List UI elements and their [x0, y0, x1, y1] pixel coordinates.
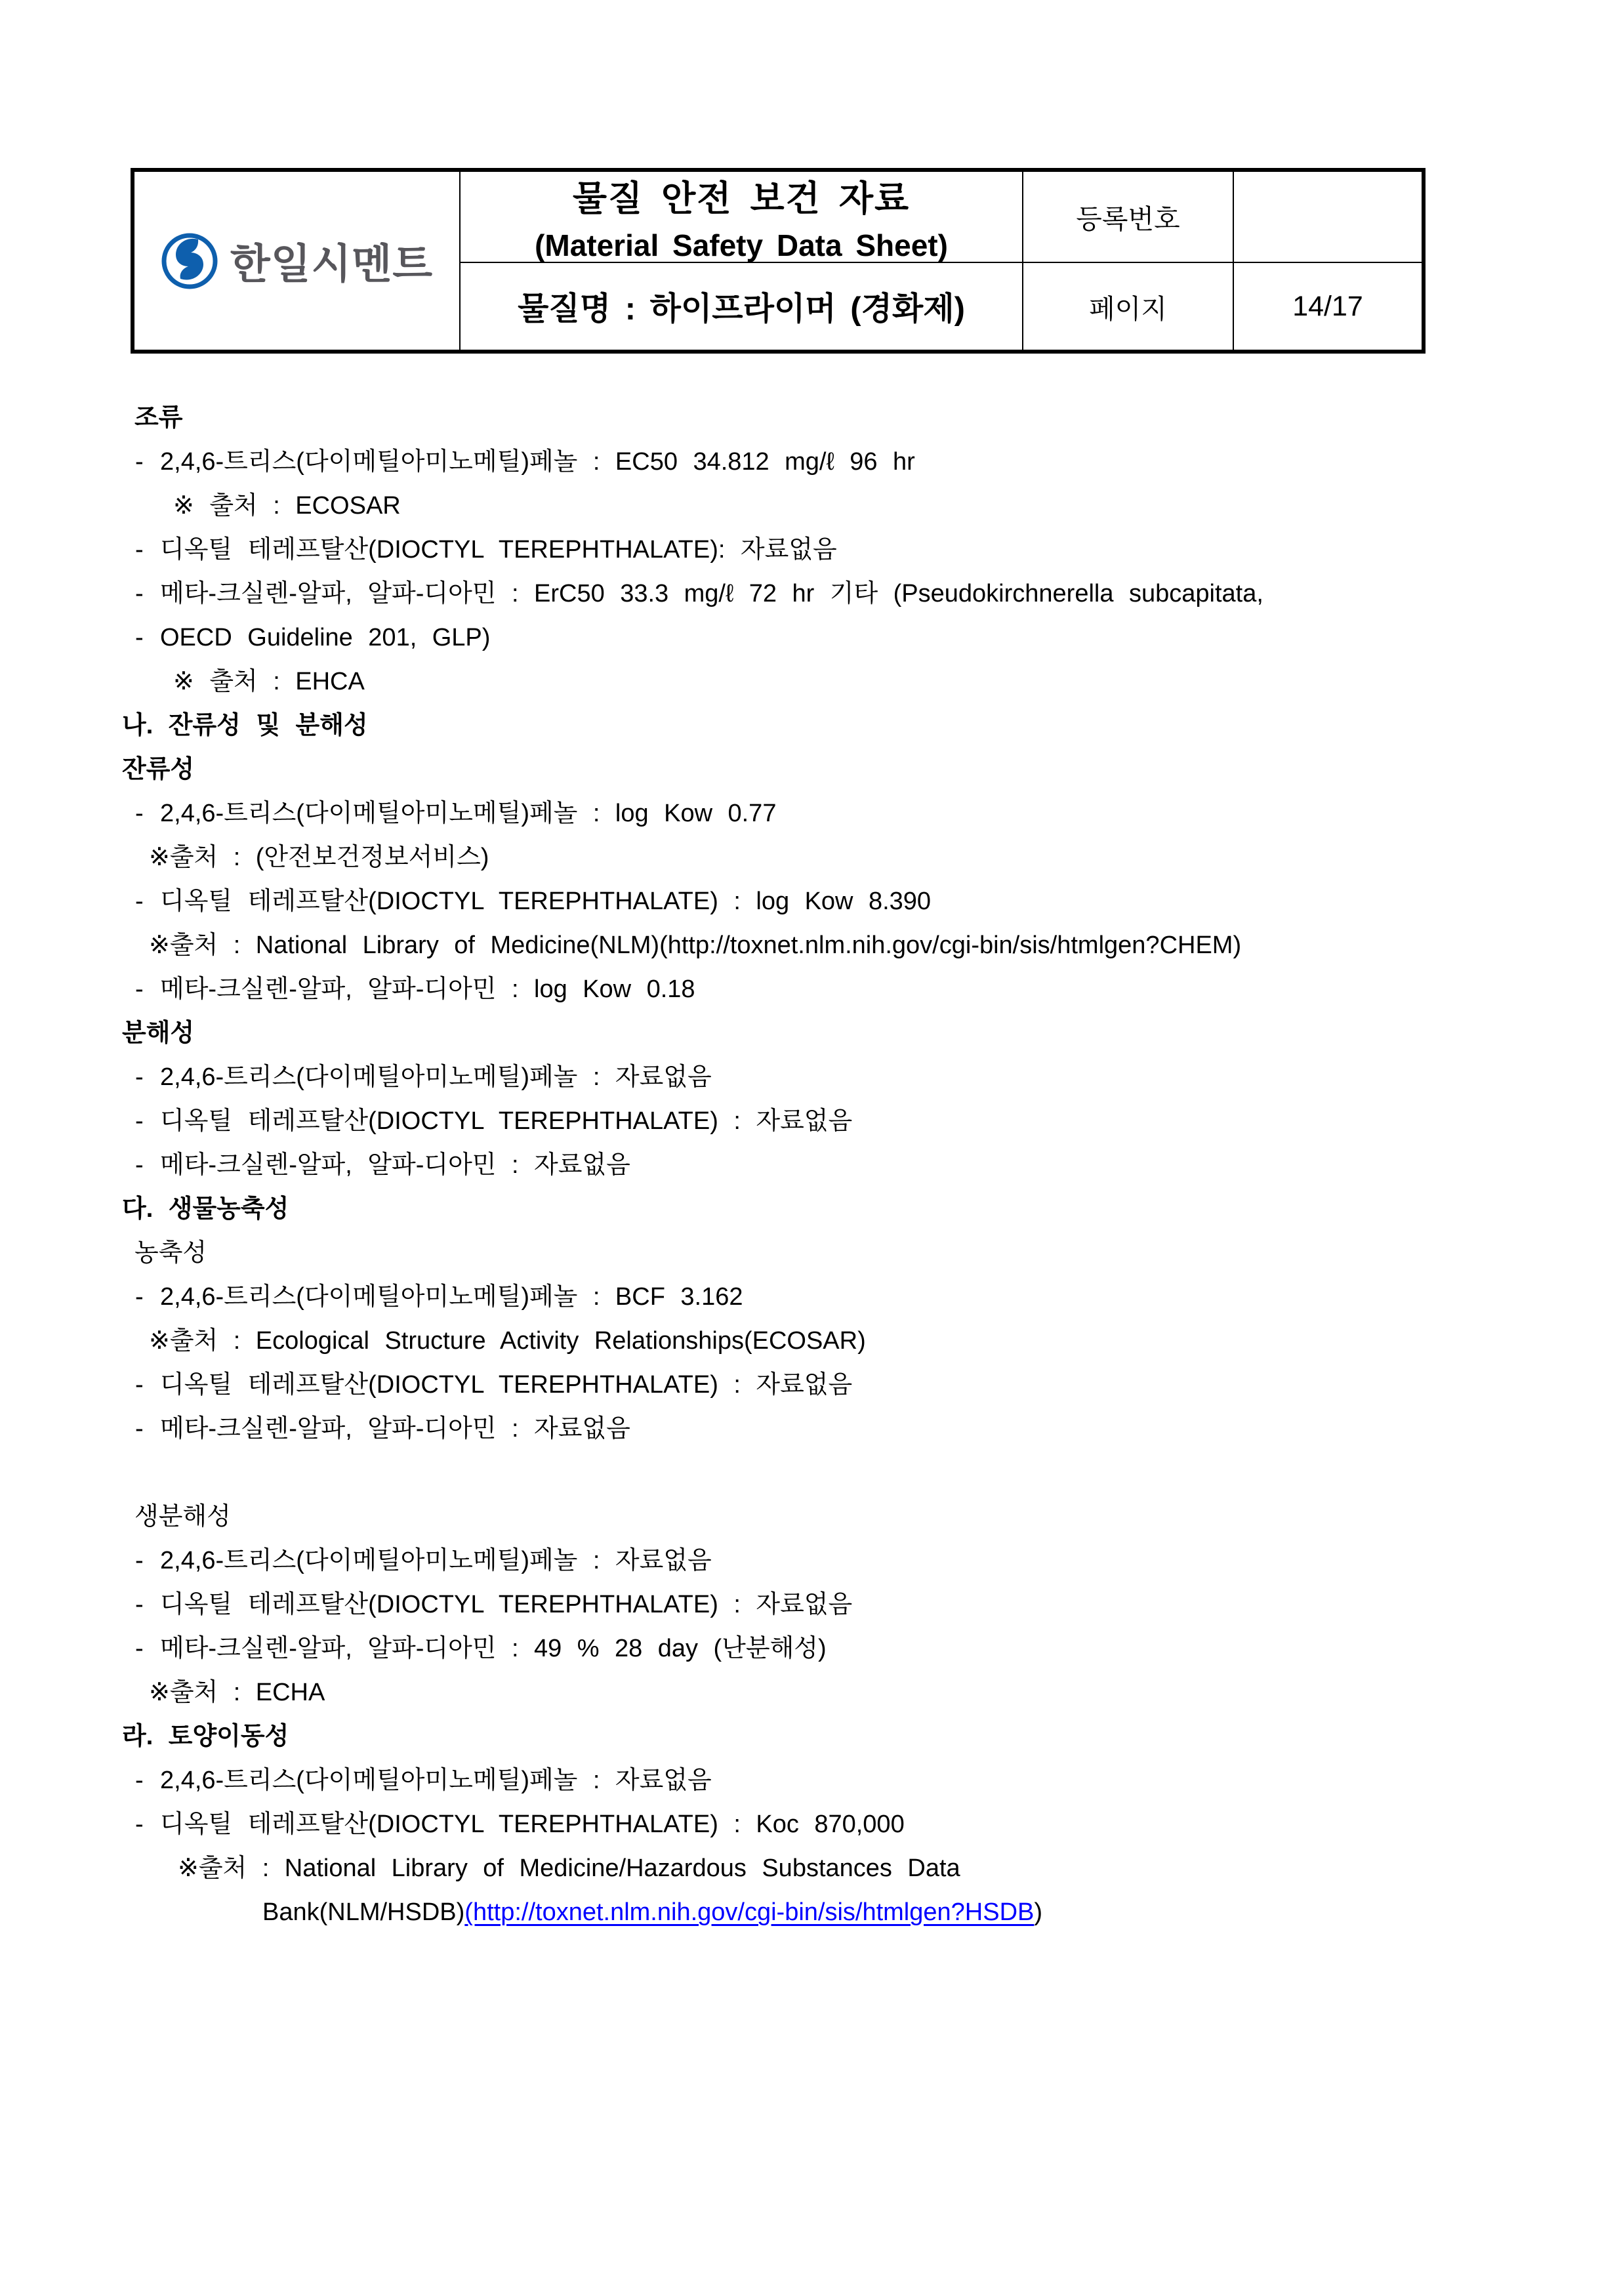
document-body: 조류-2,4,6-트리스(다이메틸아미노메틸)페놀 : EC50 34.812 …	[0, 396, 1621, 1935]
list-bullet: -	[135, 616, 160, 660]
header-table: 한일시멘트 물질 안전 보건 자료 (Material Safety Data …	[131, 168, 1426, 354]
list-item-text: 메타-크실렌-알파, 알파-디아민 : log Kow 0.18	[160, 975, 695, 1003]
registration-number-label: 등록번호	[1022, 172, 1233, 262]
list-item-text: 메타-크실렌-알파, 알파-디아민 : 49 % 28 day (난분해성)	[160, 1635, 827, 1662]
list-bullet: -	[135, 1056, 160, 1099]
list-bullet: -	[135, 572, 160, 616]
page-number: 14/17	[1233, 262, 1422, 350]
body-line: -2,4,6-트리스(다이메틸아미노메틸)페놀 : EC50 34.812 mg…	[0, 440, 1621, 484]
document-title-korean: 물질 안전 보건 자료	[573, 171, 910, 221]
body-line: ※ 출처 : ECOSAR	[0, 484, 1621, 528]
body-line: 라. 토양이동성	[0, 1715, 1621, 1759]
body-line: -디옥틸 테레프탈산(DIOCTYL TEREPHTHALATE) : log …	[0, 880, 1621, 924]
list-item-text: 디옥틸 테레프탈산(DIOCTYL TEREPHTHALATE): 자료없음	[160, 536, 837, 564]
list-bullet: -	[135, 792, 160, 836]
body-line: -2,4,6-트리스(다이메틸아미노메틸)페놀 : 자료없음	[0, 1539, 1621, 1583]
body-line: -2,4,6-트리스(다이메틸아미노메틸)페놀 : 자료없음	[0, 1759, 1621, 1803]
body-line: ※출처 : Ecological Structure Activity Rela…	[0, 1319, 1621, 1363]
list-bullet: -	[135, 1099, 160, 1143]
list-bullet: -	[135, 968, 160, 1012]
body-line: -메타-크실렌-알파, 알파-디아민 : 자료없음	[0, 1407, 1621, 1451]
list-item-text: 디옥틸 테레프탈산(DIOCTYL TEREPHTHALATE) : Koc 8…	[160, 1811, 905, 1838]
body-line: 잔류성	[0, 748, 1621, 792]
body-line: ※출처 : ECHA	[0, 1671, 1621, 1715]
body-line: -2,4,6-트리스(다이메틸아미노메틸)페놀 : BCF 3.162	[0, 1275, 1621, 1319]
list-item-text: OECD Guideline 201, GLP)	[160, 624, 490, 651]
page-label: 페이지	[1022, 262, 1233, 350]
list-bullet: -	[135, 528, 160, 572]
hsdb-link[interactable]: (http://toxnet.nlm.nih.gov/cgi-bin/sis/h…	[464, 1898, 1034, 1926]
body-line: ※출처 : (안전보건정보서비스)	[0, 836, 1621, 880]
body-line: 다. 생물농축성	[0, 1187, 1621, 1231]
list-item-text: 2,4,6-트리스(다이메틸아미노메틸)페놀 : 자료없음	[160, 1063, 712, 1091]
document-title-cell: 물질 안전 보건 자료 (Material Safety Data Sheet)	[459, 172, 1022, 262]
body-line	[0, 1451, 1621, 1495]
list-bullet: -	[135, 1627, 160, 1671]
list-item-text: 디옥틸 테레프탈산(DIOCTYL TEREPHTHALATE) : 자료없음	[160, 1107, 852, 1135]
list-item-text: 2,4,6-트리스(다이메틸아미노메틸)페놀 : log Kow 0.77	[160, 800, 776, 827]
body-line: 농축성	[0, 1231, 1621, 1275]
body-line: 조류	[0, 396, 1621, 440]
list-item-text: 2,4,6-트리스(다이메틸아미노메틸)페놀 : BCF 3.162	[160, 1283, 743, 1311]
list-bullet: -	[135, 1143, 160, 1187]
body-line: ※출처 : National Library of Medicine(NLM)(…	[0, 924, 1621, 968]
list-item-text: 2,4,6-트리스(다이메틸아미노메틸)페놀 : 자료없음	[160, 1547, 712, 1574]
company-name: 한일시멘트	[230, 231, 433, 291]
list-bullet: -	[135, 1759, 160, 1803]
body-line: -메타-크실렌-알파, 알파-디아민 : 자료없음	[0, 1143, 1621, 1187]
list-bullet: -	[135, 1803, 160, 1847]
list-bullet: -	[135, 1583, 160, 1627]
source-continuation-text: Bank(NLM/HSDB)	[262, 1898, 464, 1926]
body-line: -디옥틸 테레프탈산(DIOCTYL TEREPHTHALATE) : 자료없음	[0, 1583, 1621, 1627]
body-line: -디옥틸 테레프탈산(DIOCTYL TEREPHTHALATE) : 자료없음	[0, 1099, 1621, 1143]
list-item-text: 디옥틸 테레프탈산(DIOCTYL TEREPHTHALATE) : 자료없음	[160, 1371, 852, 1399]
list-item-text: 2,4,6-트리스(다이메틸아미노메틸)페놀 : EC50 34.812 mg/…	[160, 448, 915, 476]
body-line: -메타-크실렌-알파, 알파-디아민 : log Kow 0.18	[0, 968, 1621, 1012]
registration-number-value	[1233, 172, 1422, 262]
material-name: 물질명 : 하이프라이머 (경화제)	[518, 283, 965, 329]
list-item-text: 디옥틸 테레프탈산(DIOCTYL TEREPHTHALATE) : log K…	[160, 888, 931, 915]
document-title-english: (Material Safety Data Sheet)	[535, 228, 948, 263]
list-bullet: -	[135, 1539, 160, 1583]
list-item-text: 메타-크실렌-알파, 알파-디아민 : 자료없음	[160, 1151, 630, 1179]
list-item-text: 메타-크실렌-알파, 알파-디아민 : ErC50 33.3 mg/ℓ 72 h…	[160, 580, 1263, 607]
body-line: -메타-크실렌-알파, 알파-디아민 : ErC50 33.3 mg/ℓ 72 …	[0, 572, 1621, 616]
body-line: -OECD Guideline 201, GLP)	[0, 616, 1621, 660]
body-line: 분해성	[0, 1012, 1621, 1056]
list-bullet: -	[135, 1363, 160, 1407]
list-item-text: 메타-크실렌-알파, 알파-디아민 : 자료없음	[160, 1415, 630, 1443]
body-line: 생분해성	[0, 1495, 1621, 1539]
list-bullet: -	[135, 1275, 160, 1319]
body-line: -디옥틸 테레프탈산(DIOCTYL TEREPHTHALATE): 자료없음	[0, 528, 1621, 572]
hanil-s-circle-icon	[161, 232, 218, 290]
list-bullet: -	[135, 440, 160, 484]
body-line: -디옥틸 테레프탈산(DIOCTYL TEREPHTHALATE) : Koc …	[0, 1803, 1621, 1847]
list-item-text: 2,4,6-트리스(다이메틸아미노메틸)페놀 : 자료없음	[160, 1767, 712, 1794]
body-line: -메타-크실렌-알파, 알파-디아민 : 49 % 28 day (난분해성)	[0, 1627, 1621, 1671]
list-bullet: -	[135, 1407, 160, 1451]
material-name-cell: 물질명 : 하이프라이머 (경화제)	[459, 262, 1022, 350]
body-line: 나. 잔류성 및 분해성	[0, 704, 1621, 748]
list-item-text: 디옥틸 테레프탈산(DIOCTYL TEREPHTHALATE) : 자료없음	[160, 1591, 852, 1618]
body-line: ※출처 : National Library of Medicine/Hazar…	[0, 1847, 1621, 1891]
list-bullet: -	[135, 880, 160, 924]
company-logo: 한일시멘트	[134, 172, 459, 350]
closing-paren: )	[1034, 1898, 1042, 1926]
msds-document-page: 한일시멘트 물질 안전 보건 자료 (Material Safety Data …	[0, 0, 1621, 2296]
body-line: -디옥틸 테레프탈산(DIOCTYL TEREPHTHALATE) : 자료없음	[0, 1363, 1621, 1407]
body-line: -2,4,6-트리스(다이메틸아미노메틸)페놀 : 자료없음	[0, 1056, 1621, 1099]
body-line: ※ 출처 : EHCA	[0, 660, 1621, 704]
body-line: -2,4,6-트리스(다이메틸아미노메틸)페놀 : log Kow 0.77	[0, 792, 1621, 836]
body-line: Bank(NLM/HSDB)(http://toxnet.nlm.nih.gov…	[0, 1891, 1621, 1935]
